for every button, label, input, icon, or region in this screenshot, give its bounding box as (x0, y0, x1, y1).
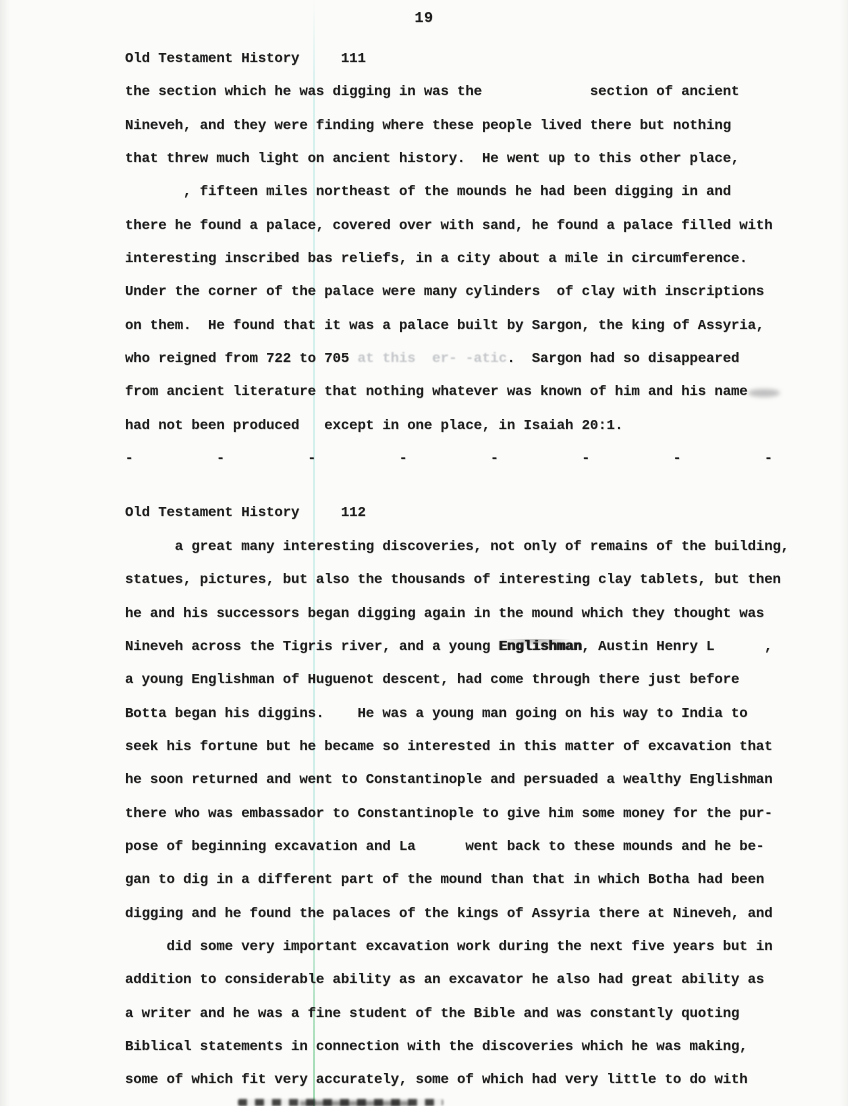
text-line: , fifteen miles northeast of the mounds … (125, 176, 825, 209)
text-line: digging and he found the palaces of the … (125, 898, 825, 931)
overtyped-word: Englishman (499, 639, 582, 655)
text-line: Nineveh, and they were finding where the… (125, 110, 825, 143)
text-line: he and his successors began digging agai… (125, 598, 825, 631)
text-line: there he found a palace, covered over wi… (125, 210, 825, 243)
text-line: gan to dig in a different part of the mo… (125, 864, 825, 897)
text-line: addition to considerable ability as an e… (125, 964, 825, 997)
erased-text: at this er- -atic (357, 351, 506, 367)
text-segment: who reigned from 722 to 705 (125, 351, 357, 367)
cutoff-text-smudge-overlay (300, 1101, 410, 1106)
text-line: Biblical statements in connection with t… (125, 1031, 825, 1064)
text-line-with-erasure: who reigned from 722 to 705 at this er- … (125, 343, 825, 376)
section-112-header: Old Testament History 112 (125, 497, 825, 530)
page-body: Old Testament History 111 the section wh… (125, 43, 825, 1098)
text-line-with-overtype: Nineveh across the Tigris river, and a y… (125, 631, 825, 664)
text-line: from ancient literature that nothing wha… (125, 376, 825, 409)
text-line: seek his fortune but he became so intere… (125, 731, 825, 764)
text-line: the section which he was digging in was … (125, 76, 825, 109)
text-line: some of which fit very accurately, some … (125, 1064, 825, 1097)
section-111: Old Testament History 111 the section wh… (125, 43, 825, 476)
text-segment: . Sargon had so disappeared (507, 351, 739, 367)
section-111-header: Old Testament History 111 (125, 43, 825, 76)
text-segment: , Austin Henry L , (582, 639, 773, 655)
text-line: on them. He found that it was a palace b… (125, 310, 825, 343)
text-line: a young Englishman of Huguenot descent, … (125, 664, 825, 697)
dash-separator: - - - - - - - - (125, 443, 825, 476)
text-segment: Nineveh across the Tigris river, and a y… (125, 639, 499, 655)
cutoff-text-smudge (238, 1099, 443, 1106)
text-line: that threw much light on ancient history… (125, 143, 825, 176)
section-112: Old Testament History 112 a great many i… (125, 497, 825, 1097)
text-line: there who was embassador to Constantinop… (125, 798, 825, 831)
text-line: a writer and he was a fine student of th… (125, 998, 825, 1031)
text-line: Under the corner of the palace were many… (125, 276, 825, 309)
text-line: he soon returned and went to Constantino… (125, 764, 825, 797)
text-line: had not been produced except in one plac… (125, 410, 825, 443)
text-line: pose of beginning excavation and La went… (125, 831, 825, 864)
text-line: interesting inscribed bas reliefs, in a … (125, 243, 825, 276)
text-line: did some very important excavation work … (125, 931, 825, 964)
text-line: a great many interesting discoveries, no… (125, 531, 825, 564)
scanned-typewritten-page: { "page": { "number": "19", "colors": { … (0, 0, 848, 1106)
page-number: 19 (0, 10, 848, 27)
text-line: statues, pictures, but also the thousand… (125, 564, 825, 597)
text-line: Botta began his diggins. He was a young … (125, 698, 825, 731)
